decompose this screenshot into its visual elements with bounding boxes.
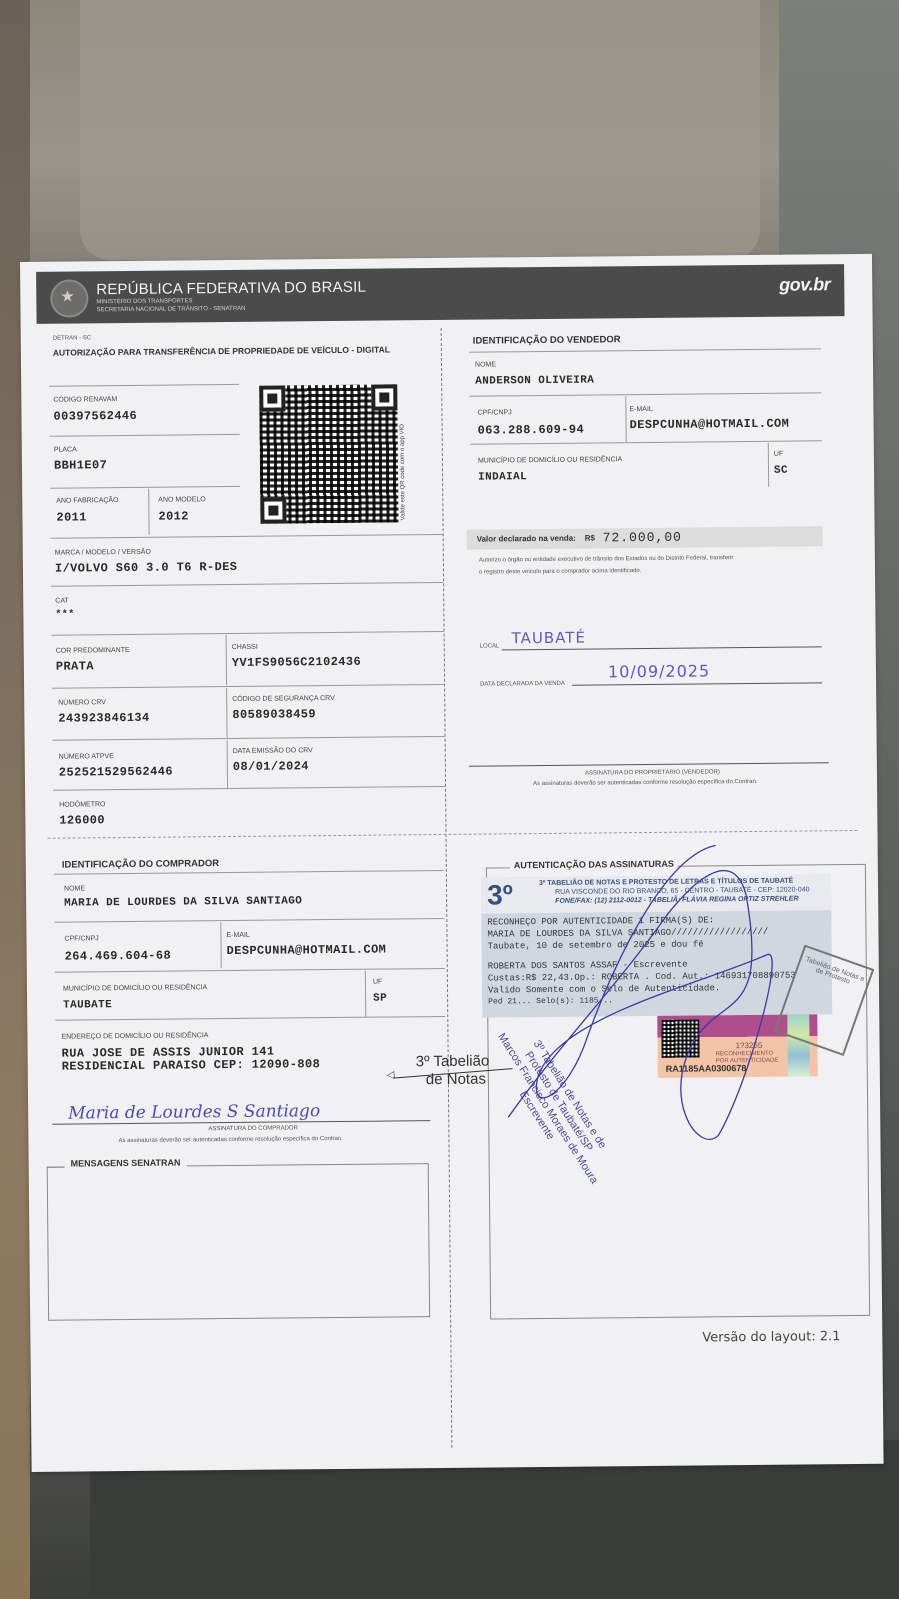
buyer-section-title: IDENTIFICAÇÃO DO COMPRADOR <box>62 858 219 871</box>
declared-value: 72.000,00 <box>603 530 682 546</box>
cat-label: CAT <box>55 598 69 605</box>
marca-modelo-label: MARCA / MODELO / VERSÃO <box>55 549 151 557</box>
numero-crv-value: 243923846134 <box>58 711 149 726</box>
ano-modelo-label: ANO MODELO <box>158 496 206 503</box>
chassi-label: CHASSI <box>232 644 258 651</box>
authorization-text-2: o registro deste veículo para o comprado… <box>479 568 641 576</box>
seller-cpf-label: CPF/CNPJ <box>477 409 511 416</box>
background-sofa <box>80 0 760 260</box>
data-emissao-value: 08/01/2024 <box>233 759 309 774</box>
buyer-municipio-label: MUNICÍPIO DE DOMICÍLIO OU RESIDÊNCIA <box>63 984 207 992</box>
notary-stamp: 3º 3º TABELIÃO DE NOTAS E PROTESTO DE LE… <box>481 874 832 1017</box>
notary-address: RUA VISCONDE DO RIO BRANCO, 65 - CENTRO … <box>555 886 809 895</box>
notary-phone: FONE/FAX: (12) 2112-0012 - TABELIÃ: FLÁV… <box>555 896 798 905</box>
seller-municipio-value: INDAIAL <box>478 471 527 483</box>
declared-value-box: Valor declarado na venda: R$ 72.000,00 <box>467 526 823 549</box>
notary-ordinal: 3º <box>487 879 513 911</box>
validation-qr-code[interactable] <box>259 384 398 523</box>
seal-text-1: RECONHECIMENTO <box>716 1051 774 1058</box>
senatran-messages-title: MENSAGENS SENATRAN <box>65 1157 187 1168</box>
buyer-cpf-value: 264.469.604-68 <box>65 949 172 964</box>
buyer-cpf-label: CPF/CNPJ <box>64 935 98 942</box>
stamp-line: Taubate, 10 de setembro de 2025 e dou fé <box>488 939 704 951</box>
authentication-title: AUTENTICAÇÃO DAS ASSINATURAS <box>510 859 678 871</box>
seller-uf-value: SC <box>774 465 788 477</box>
buyer-email-value: DESPCUNHA@HOTMAIL.COM <box>227 943 387 959</box>
qr-note: Valide este QR code com o app VIO <box>400 424 407 520</box>
placa-label: PLACA <box>54 446 77 453</box>
senatran-messages-box <box>47 1163 430 1321</box>
header-ministry: MINISTÉRIO DOS TRANSPORTES <box>96 298 192 305</box>
layout-version: Versão do layout: 2.1 <box>702 1329 840 1345</box>
seller-municipio-label: MUNICÍPIO DE DOMICÍLIO OU RESIDÊNCIA <box>478 456 622 464</box>
local-label: LOCAL <box>480 643 500 649</box>
ano-fabricacao-label: ANO FABRICAÇÃO <box>56 497 118 505</box>
seller-section-title: IDENTIFICAÇÃO DO VENDEDOR <box>473 334 621 346</box>
seller-name-label: NOME <box>475 361 496 368</box>
coat-of-arms-icon <box>50 279 88 317</box>
codigo-seguranca-label: CÓDIGO DE SEGURANÇA CRV <box>232 695 335 703</box>
cat-value: *** <box>55 609 74 620</box>
buyer-uf-label: UF <box>373 979 382 986</box>
hodometro-label: HODÔMETRO <box>59 801 105 808</box>
ano-fabricacao-value: 2011 <box>56 510 87 524</box>
seller-signature-note: As assinaturas deverão ser autenticadas … <box>533 779 758 787</box>
document-title: AUTORIZAÇÃO PARA TRANSFERÊNCIA DE PROPRI… <box>53 344 390 357</box>
stamp-line: Custas:R$ 22,43.Op.: ROBERTA . Cod. Aut.… <box>488 971 796 984</box>
numero-crv-label: NÚMERO CRV <box>58 699 106 706</box>
stamp-line: RECONHEÇO POR AUTENTICIDADE 1 FIRMA(S) D… <box>487 915 714 927</box>
stamp-line: MARIA DE LOURDES DA SILVA SANTIAGO//////… <box>487 927 768 940</box>
buyer-signature-label: ASSINATURA DO COMPRADOR <box>208 1125 298 1132</box>
cor-value: PRATA <box>56 659 94 673</box>
govbr-logo: gov.br <box>779 274 830 295</box>
buyer-address-label: ENDEREÇO DE DOMICÍLIO OU RESIDÊNCIA <box>61 1032 208 1040</box>
stamp-line: ROBERTA DOS SANTOS ASSAF - Escrevente <box>488 960 688 972</box>
seal-qr-code[interactable] <box>661 1020 699 1058</box>
buyer-municipio-value: TAUBATE <box>63 999 112 1011</box>
seller-uf-label: UF <box>774 451 783 458</box>
header-secretariat: SECRETARIA NACIONAL DE TRÂNSITO - SENATR… <box>96 306 245 313</box>
seller-email-value: DESPCUNHA@HOTMAIL.COM <box>630 417 790 433</box>
column-divider <box>441 328 453 1448</box>
buyer-signature-handwritten: Maria de Lourdes S Santiago <box>68 1101 320 1123</box>
seller-email-label: E-MAIL <box>629 406 652 413</box>
hodometro-value: 126000 <box>59 813 105 827</box>
buyer-address-line2: RESIDENCIAL PARAISO CEP: 12090-808 <box>62 1057 321 1073</box>
notary-office: 3º TABELIÃO DE NOTAS E PROTESTO DE LETRA… <box>539 878 793 887</box>
ano-modelo-value: 2012 <box>158 509 189 523</box>
chassi-value: YV1FS9056C2102436 <box>232 655 361 670</box>
document-header: REPÚBLICA FEDERATIVA DO BRASIL MINISTÉRI… <box>36 264 844 324</box>
seller-signature-label: ASSINATURA DO PROPRIETÁRIO (VENDEDOR) <box>585 769 720 776</box>
seal-number: 1?3255 <box>736 1041 763 1050</box>
atpve-value: 252521529562446 <box>59 765 173 780</box>
atpv-document: REPÚBLICA FEDERATIVA DO BRASIL MINISTÉRI… <box>20 254 884 1472</box>
sale-date-handwritten: 10/09/2025 <box>608 661 710 681</box>
seller-name-value: ANDERSON OLIVEIRA <box>475 374 594 387</box>
currency-symbol: R$ <box>585 533 595 542</box>
seal-code: RA1185AA0300678 <box>666 1063 747 1074</box>
atpve-label: NÚMERO ATPVe <box>59 753 114 761</box>
seller-cpf-value: 063.288.609-94 <box>478 423 585 438</box>
local-value-handwritten: TAUBATÉ <box>512 629 586 648</box>
header-title: REPÚBLICA FEDERATIVA DO BRASIL <box>96 279 366 299</box>
buyer-name-label: NOME <box>64 885 85 892</box>
buyer-uf-value: SP <box>373 993 387 1005</box>
marca-modelo-value: I/VOLVO S60 3.0 T6 R-DES <box>55 560 238 576</box>
renavam-label: CÓDIGO RENAVAM <box>53 396 117 404</box>
data-emissao-label: DATA EMISSÃO DO CRV <box>233 747 313 755</box>
buyer-email-label: E-MAIL <box>226 932 249 939</box>
stamp-line: Ped 21... Selo(s): 1185... <box>488 996 613 1006</box>
declared-value-label: Valor declarado na venda: <box>477 534 576 544</box>
arrow-stamp-line1: 3º Tabelião <box>398 1053 490 1072</box>
renavam-value: 00397562446 <box>53 409 137 424</box>
authorization-text-1: Autorizo o órgão ou entidade executivo d… <box>479 555 734 563</box>
buyer-name-value: MARIA DE LOURDES DA SILVA SANTIAGO <box>64 895 302 909</box>
issuer: DETRAN - SC <box>53 335 91 341</box>
placa-value: BBH1E07 <box>54 458 107 473</box>
cor-label: COR PREDOMINANTE <box>56 647 130 655</box>
stamp-line: Valido Somente com o Selo de Autenticida… <box>488 983 720 995</box>
codigo-seguranca-value: 80589038459 <box>232 707 316 722</box>
buyer-signature-note: As assinaturas deverão ser autenticadas … <box>118 1136 343 1144</box>
sale-date-label: DATA DECLARADA DA VENDA <box>480 681 565 688</box>
